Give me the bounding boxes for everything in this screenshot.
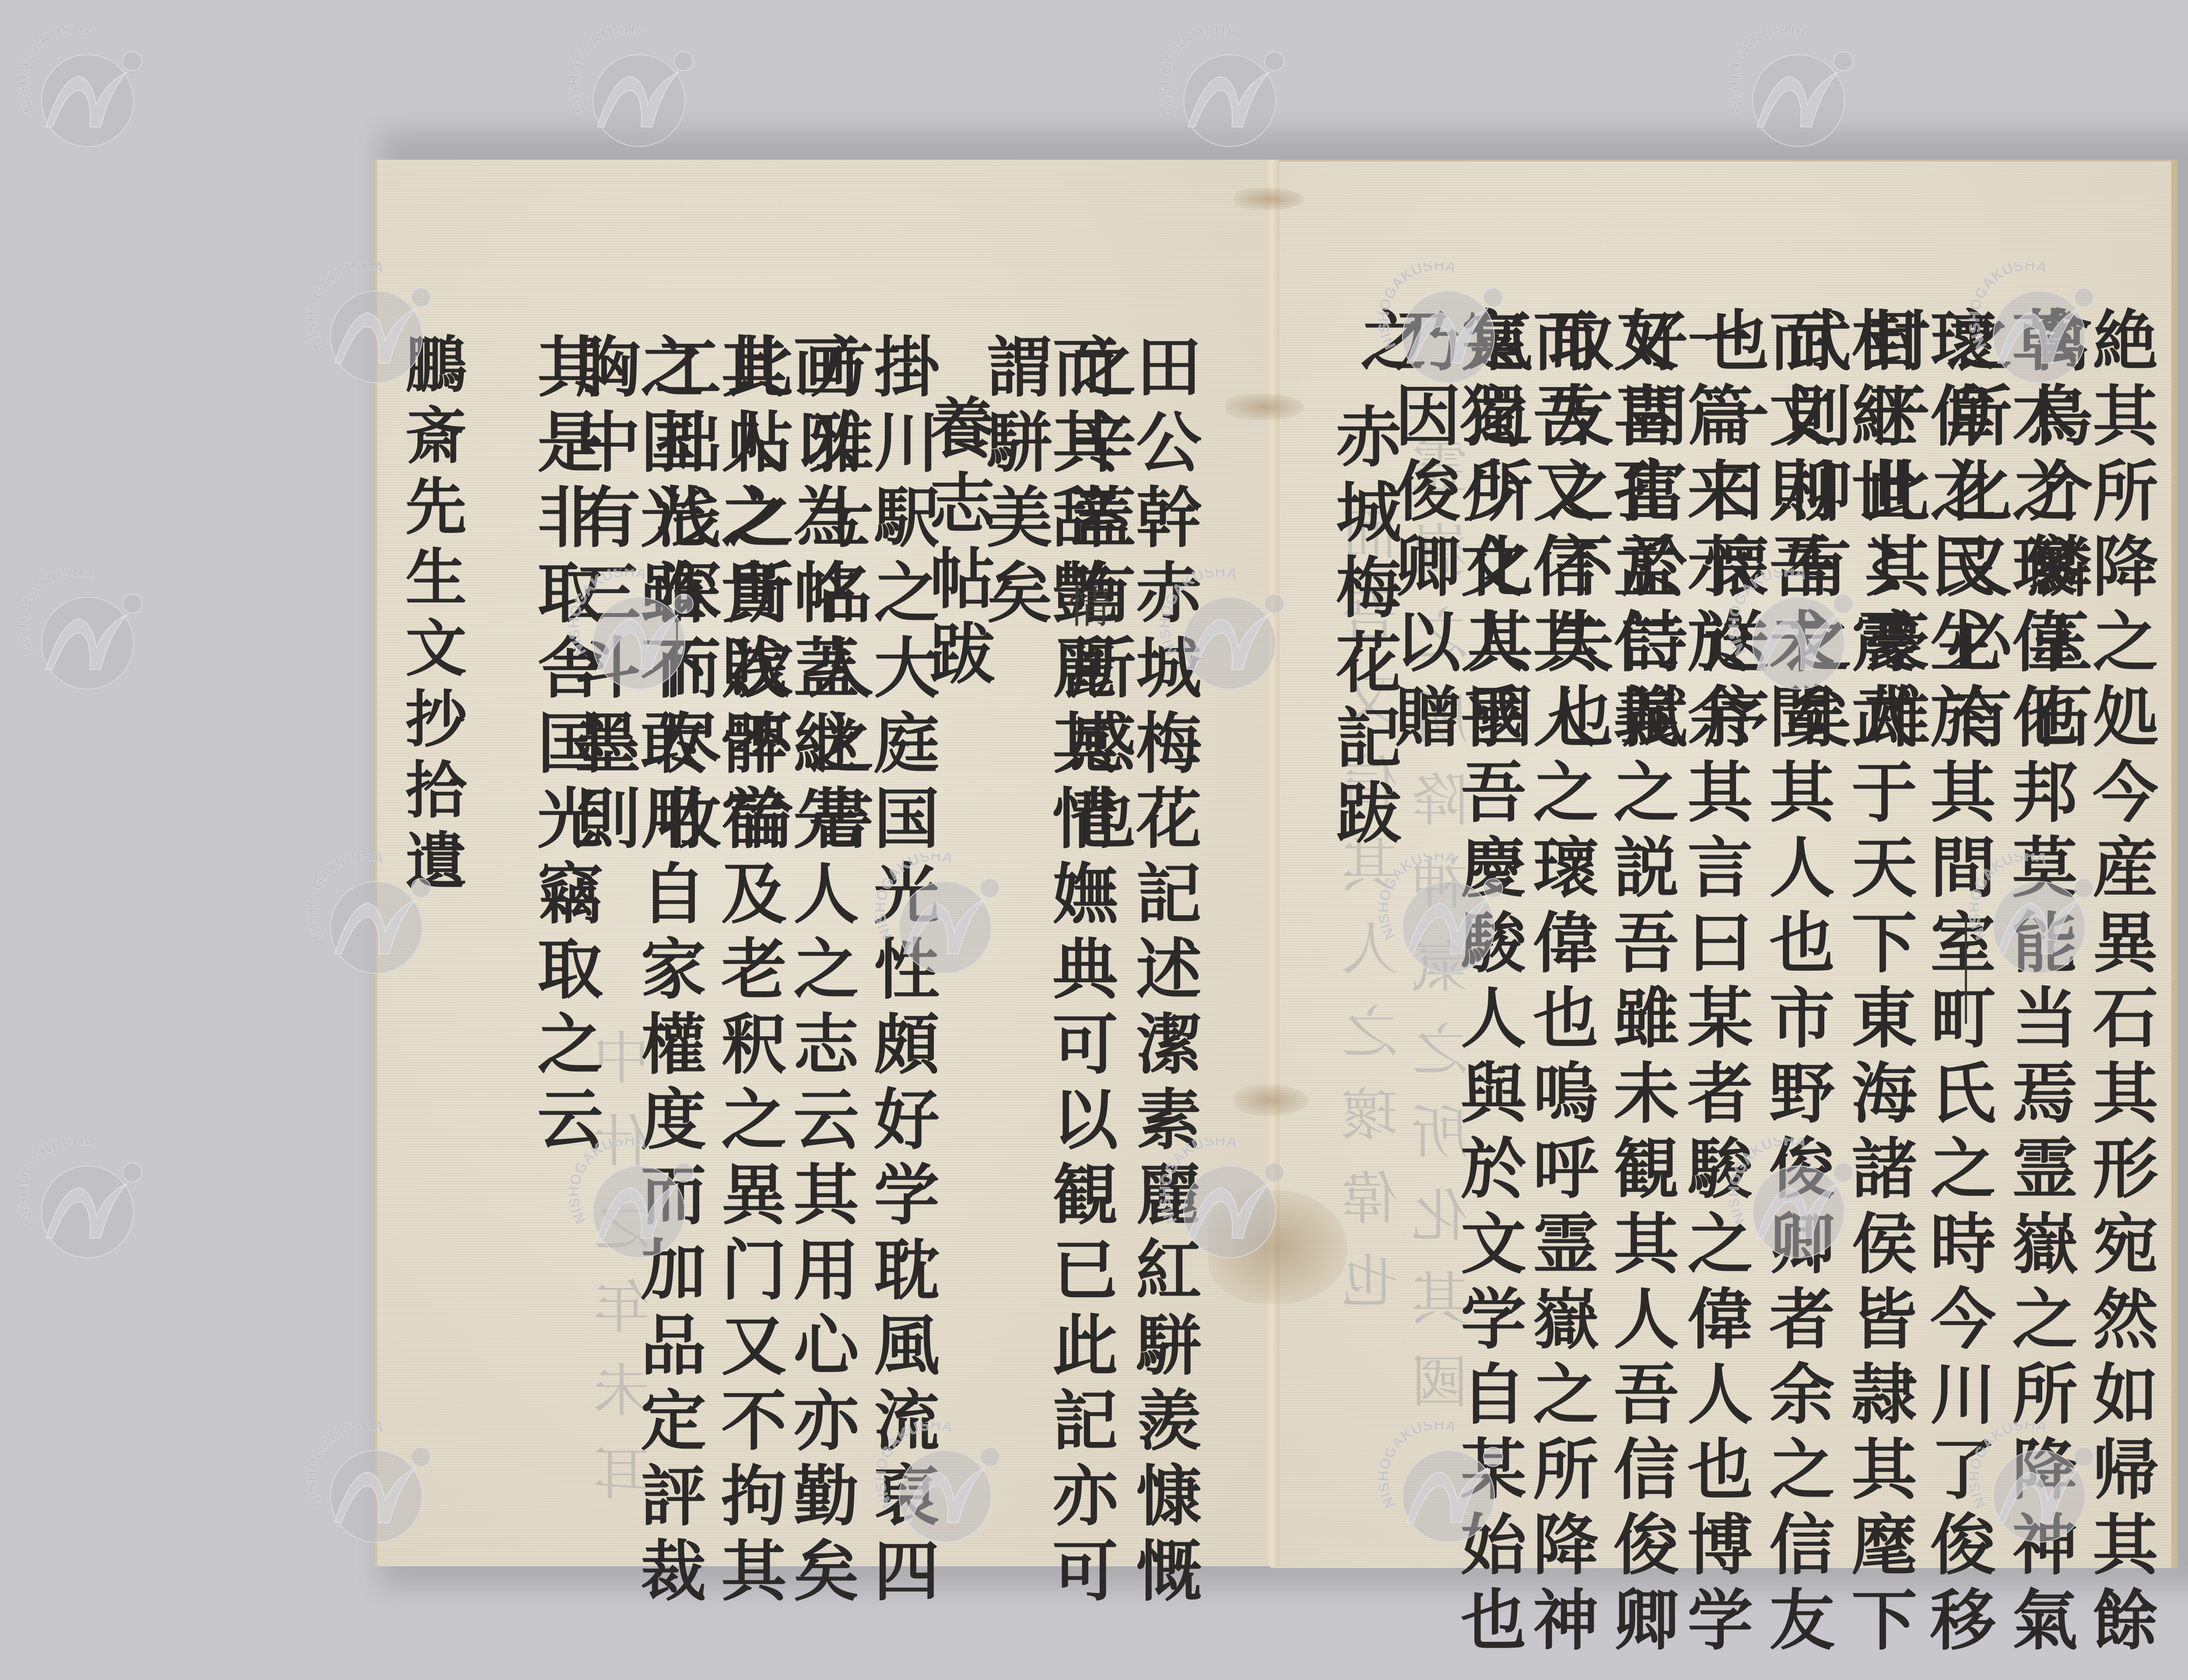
svg-text:NISHOGAKUSHA: NISHOGAKUSHA [306,262,386,352]
svg-text:NISHOGAKUSHA: NISHOGAKUSHA [18,26,97,115]
annotation-ruling-line [676,591,678,669]
text-column: 寔獨少文人乎吾慶駿人與於文学自某始也乃因俊卿以贈 [1389,306,1521,1680]
annotation-ruling-line [1965,919,1967,1024]
svg-text:NISHOGAKUSHA: NISHOGAKUSHA [1160,26,1239,115]
svg-text:NISHOGAKUSHA: NISHOGAKUSHA [1729,26,1808,115]
inserted-character: 情 [1063,584,1107,637]
svg-text:NISHOGAKUSHA: NISHOGAKUSHA [306,853,386,942]
book-gutter [1265,160,1280,1566]
binding-stain-upper [1225,394,1304,420]
nishogakusha-watermark-icon: NISHOGAKUSHA [18,1137,149,1269]
svg-text:NISHOGAKUSHA: NISHOGAKUSHA [569,26,649,115]
binding-stain-top [1234,188,1304,210]
text-column: 而其辞艶麗其情嫵典可以観已此記亦可謂駢美矣 [981,332,1112,1680]
text-column: 其是非取舎国光竊取之云 [532,332,597,1160]
binding-stain-middle [1234,1085,1308,1116]
nishogakusha-watermark-icon: NISHOGAKUSHA [18,26,149,157]
svg-text:NISHOGAKUSHA: NISHOGAKUSHA [306,1422,386,1511]
book-title: 鵬斎先生文抄拾遺 [400,332,462,899]
svg-text:NISHOGAKUSHA: NISHOGAKUSHA [18,569,97,658]
svg-text:NISHOGAKUSHA: NISHOGAKUSHA [18,1137,97,1227]
nishogakusha-watermark-icon: NISHOGAKUSHA [18,569,149,700]
text-column: 之 [1355,306,1420,381]
section-heading: 赤城梅花記跋 [1330,402,1396,854]
